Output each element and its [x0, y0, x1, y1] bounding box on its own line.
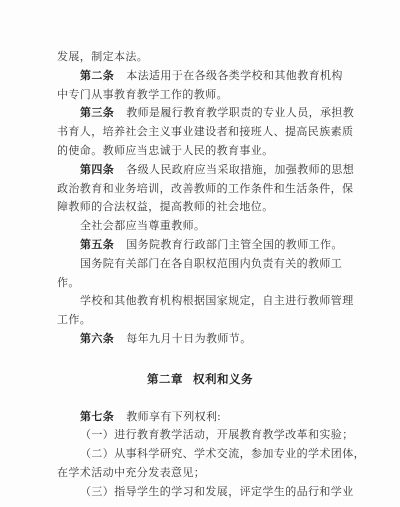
text-line: （一）进行教育教学活动，开展教育教学改革和实验；: [57, 426, 343, 445]
text-line: 国务院有关部门在各自职权范围内负责有关的教师工: [57, 255, 343, 274]
article-number: 第六条: [80, 333, 114, 345]
line-text: 教师是履行教育教学职责的专业人员，承担教: [126, 107, 354, 119]
article-number: 第七条: [80, 411, 114, 423]
line-text: 发展，制定本法。: [57, 51, 148, 63]
line-text: 全社会都应当尊重教师。: [80, 220, 205, 232]
line-text: 本法适用于在各级各类学校和其他教育机构: [126, 70, 343, 82]
text-line: 第二条本法适用于在各级各类学校和其他教育机构: [57, 67, 343, 86]
text-line: 第四条各级人民政府应当采取措施，加强教师的思想: [57, 161, 343, 180]
text-line: 第六条每年九月十日为教师节。: [57, 330, 343, 349]
line-text: 学校和其他教育机构根据国家规定，自主进行教师管理: [80, 295, 354, 307]
article-number: 第三条: [80, 107, 114, 119]
text-line: 发展，制定本法。: [57, 48, 343, 67]
text-line: 工作。: [57, 311, 343, 330]
text-line: 政治教育和业务培训，改善教师的工作条件和生活条件，保: [57, 180, 343, 199]
line-text: 国务院有关部门在各自职权范围内负责有关的教师工: [80, 258, 342, 270]
line-text: 政治教育和业务培训，改善教师的工作条件和生活条件，保: [57, 183, 353, 195]
law-text-block: 发展，制定本法。 第二条本法适用于在各级各类学校和其他教育机构 中专门从事教育教…: [0, 0, 400, 502]
line-text: （三）指导学生的学习和发展，评定学生的品行和学业: [80, 486, 354, 498]
line-text: 各级人民政府应当采取措施，加强教师的思想: [126, 164, 354, 176]
text-line: 第三条教师是履行教育教学职责的专业人员，承担教: [57, 104, 343, 123]
line-text: 在学术活动中充分发表意见；: [57, 467, 205, 479]
text-line: 的使命。教师应当忠诚于人民的教育事业。: [57, 142, 343, 161]
line-text: 中专门从事教育教学工作的教师。: [57, 89, 228, 101]
text-line: 在学术活动中充分发表意见；: [57, 464, 343, 483]
article-number: 第二条: [80, 70, 114, 82]
text-line: （二）从事科学研究、学术交流，参加专业的学术团体，: [57, 445, 343, 464]
text-line: 作。: [57, 274, 343, 293]
document-page: 发展，制定本法。 第二条本法适用于在各级各类学校和其他教育机构 中专门从事教育教…: [0, 0, 400, 507]
article-number: 第五条: [80, 239, 114, 251]
text-line: 第七条教师享有下列权利:: [57, 408, 343, 427]
text-line: 全社会都应当尊重教师。: [57, 217, 343, 236]
chapter-heading: 第二章权利和义务: [57, 371, 343, 390]
text-line: 障教师的合法权益，提高教师的社会地位。: [57, 198, 343, 217]
line-text: 工作。: [57, 314, 91, 326]
chapter-title: 权利和义务: [193, 374, 253, 386]
line-text: （二）从事科学研究、学术交流，参加专业的学术团体，: [80, 448, 365, 460]
line-text: 每年九月十日为教师节。: [126, 333, 251, 345]
line-text: 书育人，培养社会主义事业建设者和接班人、提高民族素质: [57, 126, 353, 138]
text-line: （三）指导学生的学习和发展，评定学生的品行和学业: [57, 483, 343, 502]
line-text: 作。: [57, 277, 80, 289]
line-text: 教师享有下列权利:: [126, 411, 221, 423]
text-line: 学校和其他教育机构根据国家规定，自主进行教师管理: [57, 292, 343, 311]
text-line: 中专门从事教育教学工作的教师。: [57, 86, 343, 105]
article-number: 第四条: [80, 164, 114, 176]
line-text: 国务院教育行政部门主管全国的教师工作。: [126, 239, 343, 251]
line-text: 障教师的合法权益，提高教师的社会地位。: [57, 201, 274, 213]
text-line: 书育人，培养社会主义事业建设者和接班人、提高民族素质: [57, 123, 343, 142]
text-line: 第五条国务院教育行政部门主管全国的教师工作。: [57, 236, 343, 255]
chapter-number: 第二章: [147, 374, 183, 386]
line-text: （一）进行教育教学活动，开展教育教学改革和实验；: [80, 429, 354, 441]
line-text: 的使命。教师应当忠诚于人民的教育事业。: [57, 145, 274, 157]
